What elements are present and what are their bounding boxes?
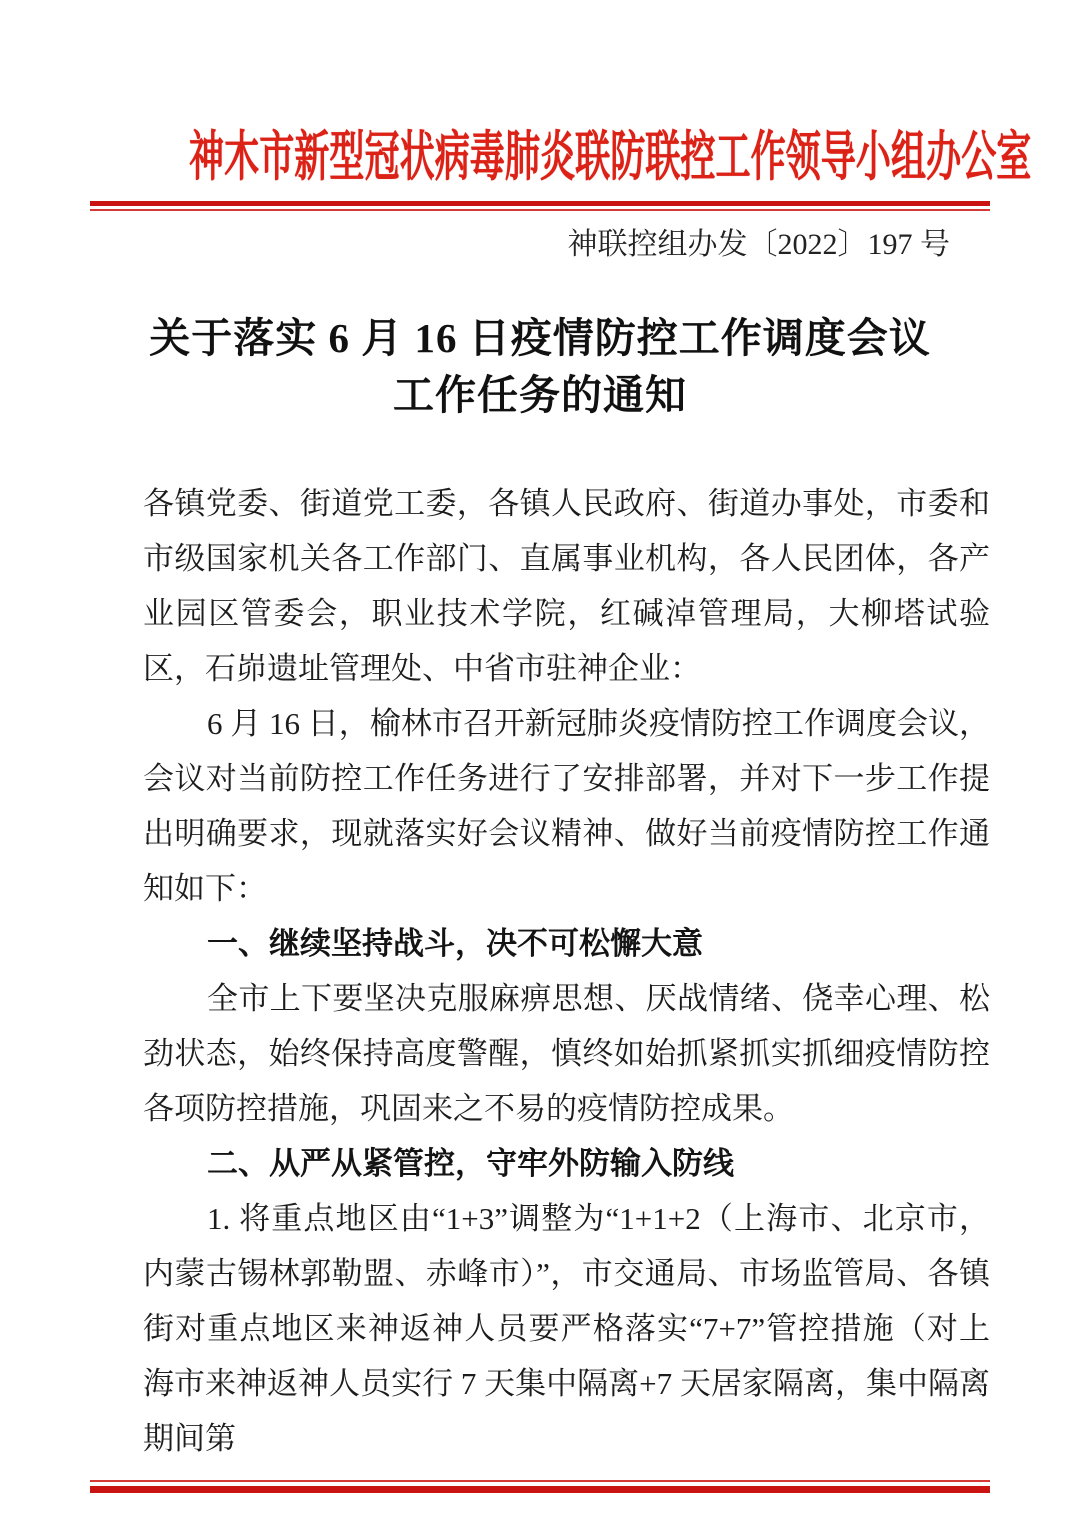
footer-double-rule bbox=[90, 1480, 990, 1493]
document-title-line-2: 工作任务的通知 bbox=[0, 367, 1080, 424]
section-1-paragraph: 全市上下要坚决克服麻痹思想、厌战情绪、侥幸心理、松劲状态，始终保持高度警醒，慎终… bbox=[143, 971, 990, 1136]
rule-thin-line bbox=[90, 209, 990, 211]
section-1-heading: 一、继续坚持战斗，决不可松懈大意 bbox=[143, 916, 990, 971]
document-title-line-1: 关于落实 6 月 16 日疫情防控工作调度会议 bbox=[0, 310, 1080, 367]
letterhead-double-rule bbox=[90, 201, 990, 211]
intro-paragraph: 6 月 16 日，榆林市召开新冠肺炎疫情防控工作调度会议，会议对当前防控工作任务… bbox=[143, 696, 990, 916]
section-2-paragraph: 1. 将重点地区由“1+3”调整为“1+1+2（上海市、北京市，内蒙古锡林郭勒盟… bbox=[143, 1191, 990, 1466]
letterhead-org-title: 神木市新型冠状病毒肺炎联防联控工作领导小组办公室 bbox=[189, 126, 891, 188]
document-body: 各镇党委、街道党工委，各镇人民政府、街道办事处，市委和市级国家机关各工作部门、直… bbox=[143, 476, 990, 1466]
document-number: 神联控组办发〔2022〕197 号 bbox=[0, 225, 1080, 265]
rule-thick-line bbox=[90, 1486, 990, 1493]
salutation-paragraph: 各镇党委、街道党工委，各镇人民政府、街道办事处，市委和市级国家机关各工作部门、直… bbox=[143, 476, 990, 696]
document-title: 关于落实 6 月 16 日疫情防控工作调度会议 工作任务的通知 bbox=[0, 310, 1080, 424]
document-page: 神木市新型冠状病毒肺炎联防联控工作领导小组办公室 神联控组办发〔2022〕197… bbox=[0, 0, 1080, 1527]
section-2-heading: 二、从严从紧管控，守牢外防输入防线 bbox=[143, 1136, 990, 1191]
